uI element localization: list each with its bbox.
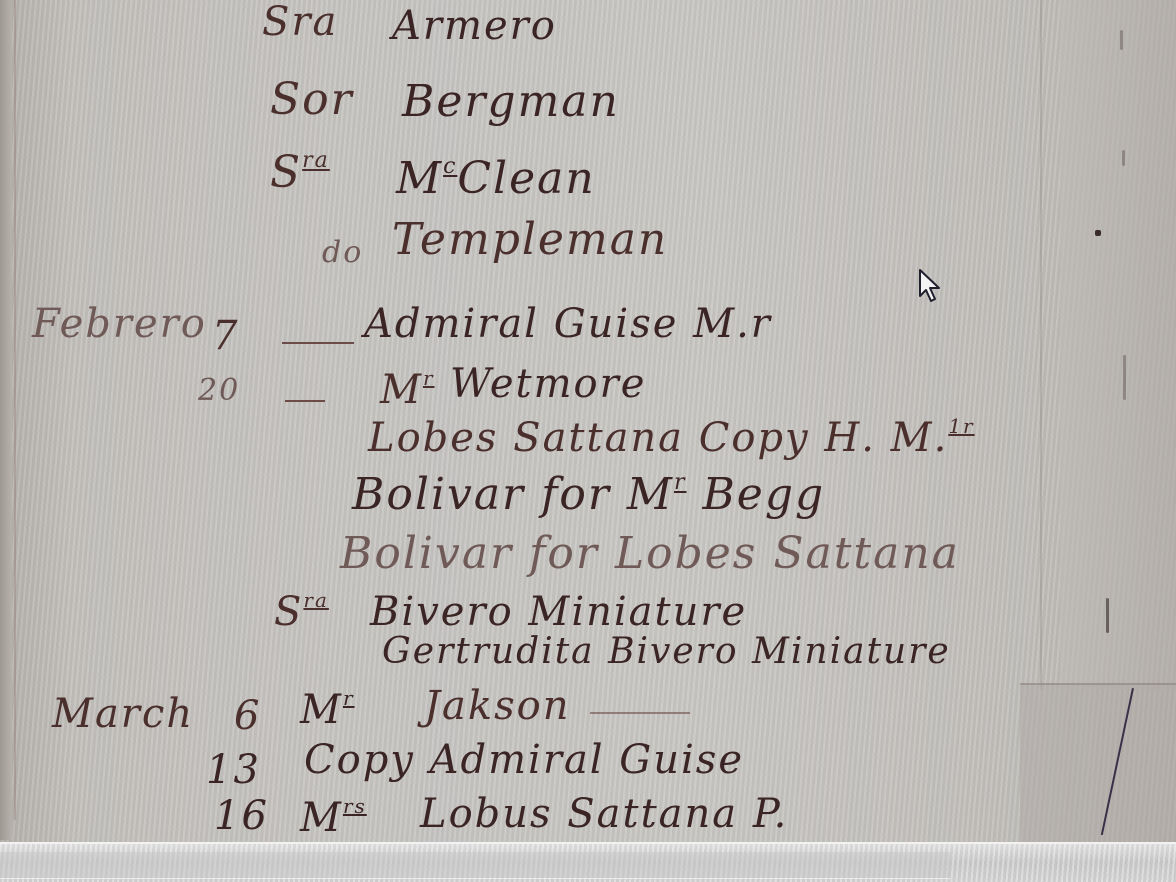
ink-blot bbox=[1095, 230, 1101, 236]
day-number: 6 bbox=[234, 696, 261, 736]
entry-dash bbox=[285, 400, 325, 402]
margin-mark bbox=[1106, 598, 1109, 633]
month-label: Febrero bbox=[32, 304, 207, 344]
entry-name: Bergman bbox=[402, 80, 620, 124]
entry-name: Lobes Sattana Copy H. M.1r bbox=[368, 416, 975, 458]
horizontal-scrollbar[interactable] bbox=[0, 852, 950, 879]
entry-prefix: Sra bbox=[274, 590, 329, 632]
entry-name: Bolivar for Lobes Sattana bbox=[340, 532, 960, 576]
entry-name: Admiral Guise M.r bbox=[364, 304, 772, 344]
day-number: 20 bbox=[198, 376, 240, 406]
entry-name: Lobus Sattana P. bbox=[420, 794, 788, 834]
entry-prefix: Mr bbox=[380, 368, 435, 410]
entry-prefix: Sor bbox=[270, 78, 354, 122]
margin-rule bbox=[14, 0, 16, 820]
entry-name: Jakson bbox=[424, 686, 571, 726]
month-label: March bbox=[52, 694, 194, 734]
page-fold-line bbox=[1040, 0, 1042, 690]
entry-name: Bivero Miniature bbox=[370, 592, 747, 632]
entry-dash bbox=[282, 342, 354, 344]
entry-dash bbox=[590, 712, 690, 714]
adjacent-page-strip bbox=[1060, 0, 1176, 690]
entry-prefix: Sra bbox=[262, 2, 338, 42]
arrow-pointer-icon bbox=[918, 268, 944, 304]
page-binding-edge bbox=[0, 0, 12, 840]
viewer-bottom-bar bbox=[0, 842, 1176, 882]
entry-prefix: Mr bbox=[300, 688, 355, 730]
entry-name: Bolivar for Mr Begg bbox=[352, 472, 825, 517]
entry-name: Wetmore bbox=[450, 364, 646, 404]
entry-name: Armero bbox=[392, 6, 557, 46]
day-number: 7 bbox=[212, 316, 239, 356]
day-number: 16 bbox=[214, 796, 269, 836]
monitor-screen: Sra Armero Sor Bergman Sra McClean do Te… bbox=[0, 0, 1176, 882]
margin-mark bbox=[1120, 30, 1123, 50]
ditto-mark: do bbox=[322, 238, 363, 268]
margin-mark bbox=[1123, 355, 1126, 400]
entry-prefix: Mrs bbox=[300, 796, 367, 838]
margin-mark bbox=[1122, 150, 1125, 166]
entry-name: Copy Admiral Guise bbox=[304, 740, 744, 780]
day-number: 13 bbox=[206, 750, 261, 790]
entry-name: Templeman bbox=[392, 218, 668, 262]
overlapping-page-corner bbox=[1020, 683, 1176, 845]
entry-prefix: Sra bbox=[270, 150, 330, 195]
entry-name: Gertrudita Bivero Miniature bbox=[382, 634, 951, 670]
entry-name: McClean bbox=[396, 156, 596, 201]
